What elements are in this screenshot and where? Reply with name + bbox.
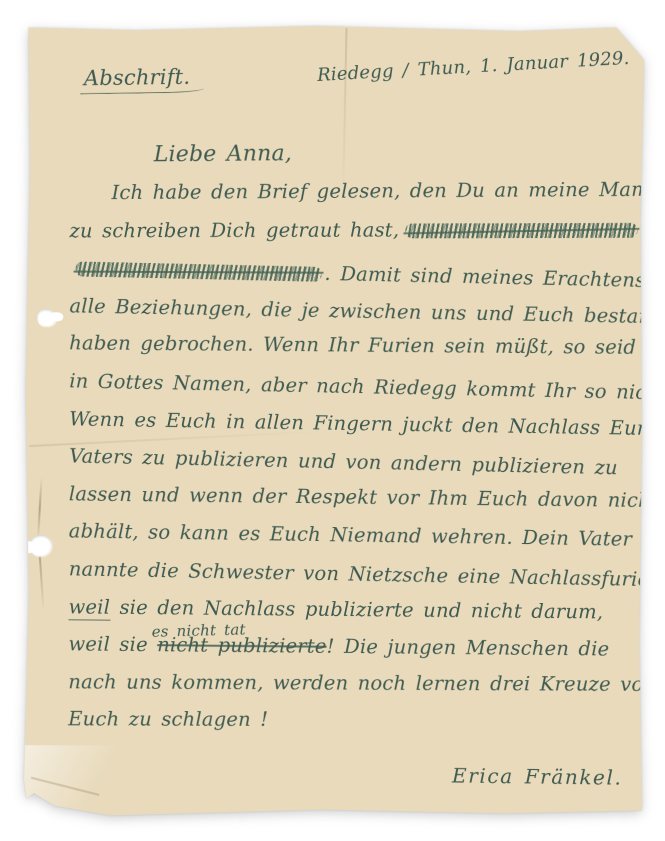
letter-text: . Damit sind meines Erachtens (324, 262, 645, 292)
letter-paper: Abschrift. Riedegg / Thun, 1. Januar 192… (24, 25, 644, 817)
letter-line: haben gebrochen. Wenn Ihr Furien sein mü… (69, 332, 627, 374)
letter-line: zu schreiben Dich getraut hast, (69, 217, 627, 256)
letter-text: Ich habe den Brief gelesen, den Du an me… (111, 178, 661, 204)
letter-text: haben gebrochen. Wenn Ihr Furien sein mü… (69, 332, 665, 360)
letter-text: weil sie (68, 632, 157, 656)
copy-annotation: Abschrift. (84, 65, 191, 91)
letter-body: Ich habe den Brief gelesen, den Du an me… (24, 181, 643, 747)
dateline: Riedegg / Thun, 1. Januar 1929. (317, 48, 630, 86)
letter-line: weil sie nicht publiziertees nicht tat! … (68, 632, 626, 675)
letter-line: Euch zu schlagen ! (68, 708, 626, 747)
letter-text: zu schreiben Dich getraut hast, (69, 218, 399, 242)
signature: Erica Fränkel. (452, 763, 623, 789)
letter-line: lassen und wenn der Respekt vor Ihm Euch… (69, 482, 627, 526)
letter-text: weil (68, 595, 110, 620)
letter-line: Ich habe den Brief gelesen, den Du an me… (69, 178, 627, 219)
paper-sheet: Abschrift. Riedegg / Thun, 1. Januar 192… (24, 25, 644, 817)
letter-line: nach uns kommen, werden noch lernen drei… (68, 670, 626, 710)
paper-crease-vertical (342, 28, 347, 198)
letter-text: nach uns kommen, werden noch lernen drei… (68, 670, 653, 696)
scribbled-out-text (405, 222, 637, 238)
letter-text: Euch zu schlagen ! (68, 708, 268, 732)
salutation: Liebe Anna, (154, 141, 292, 167)
inserted-correction: es nicht tat (151, 620, 245, 640)
photo-backdrop: Abschrift. Riedegg / Thun, 1. Januar 192… (0, 0, 665, 841)
letter-text: in Gottes Namen, aber nach Riedegg kommt… (69, 369, 665, 404)
letter-text: sie den Nachlass publizierte und nicht d… (110, 595, 603, 623)
letter-text: ! Die jungen Menschen die (327, 635, 610, 661)
letter-text: nicht publiziertees nicht tat (157, 633, 327, 658)
scribbled-out-text (75, 262, 321, 282)
